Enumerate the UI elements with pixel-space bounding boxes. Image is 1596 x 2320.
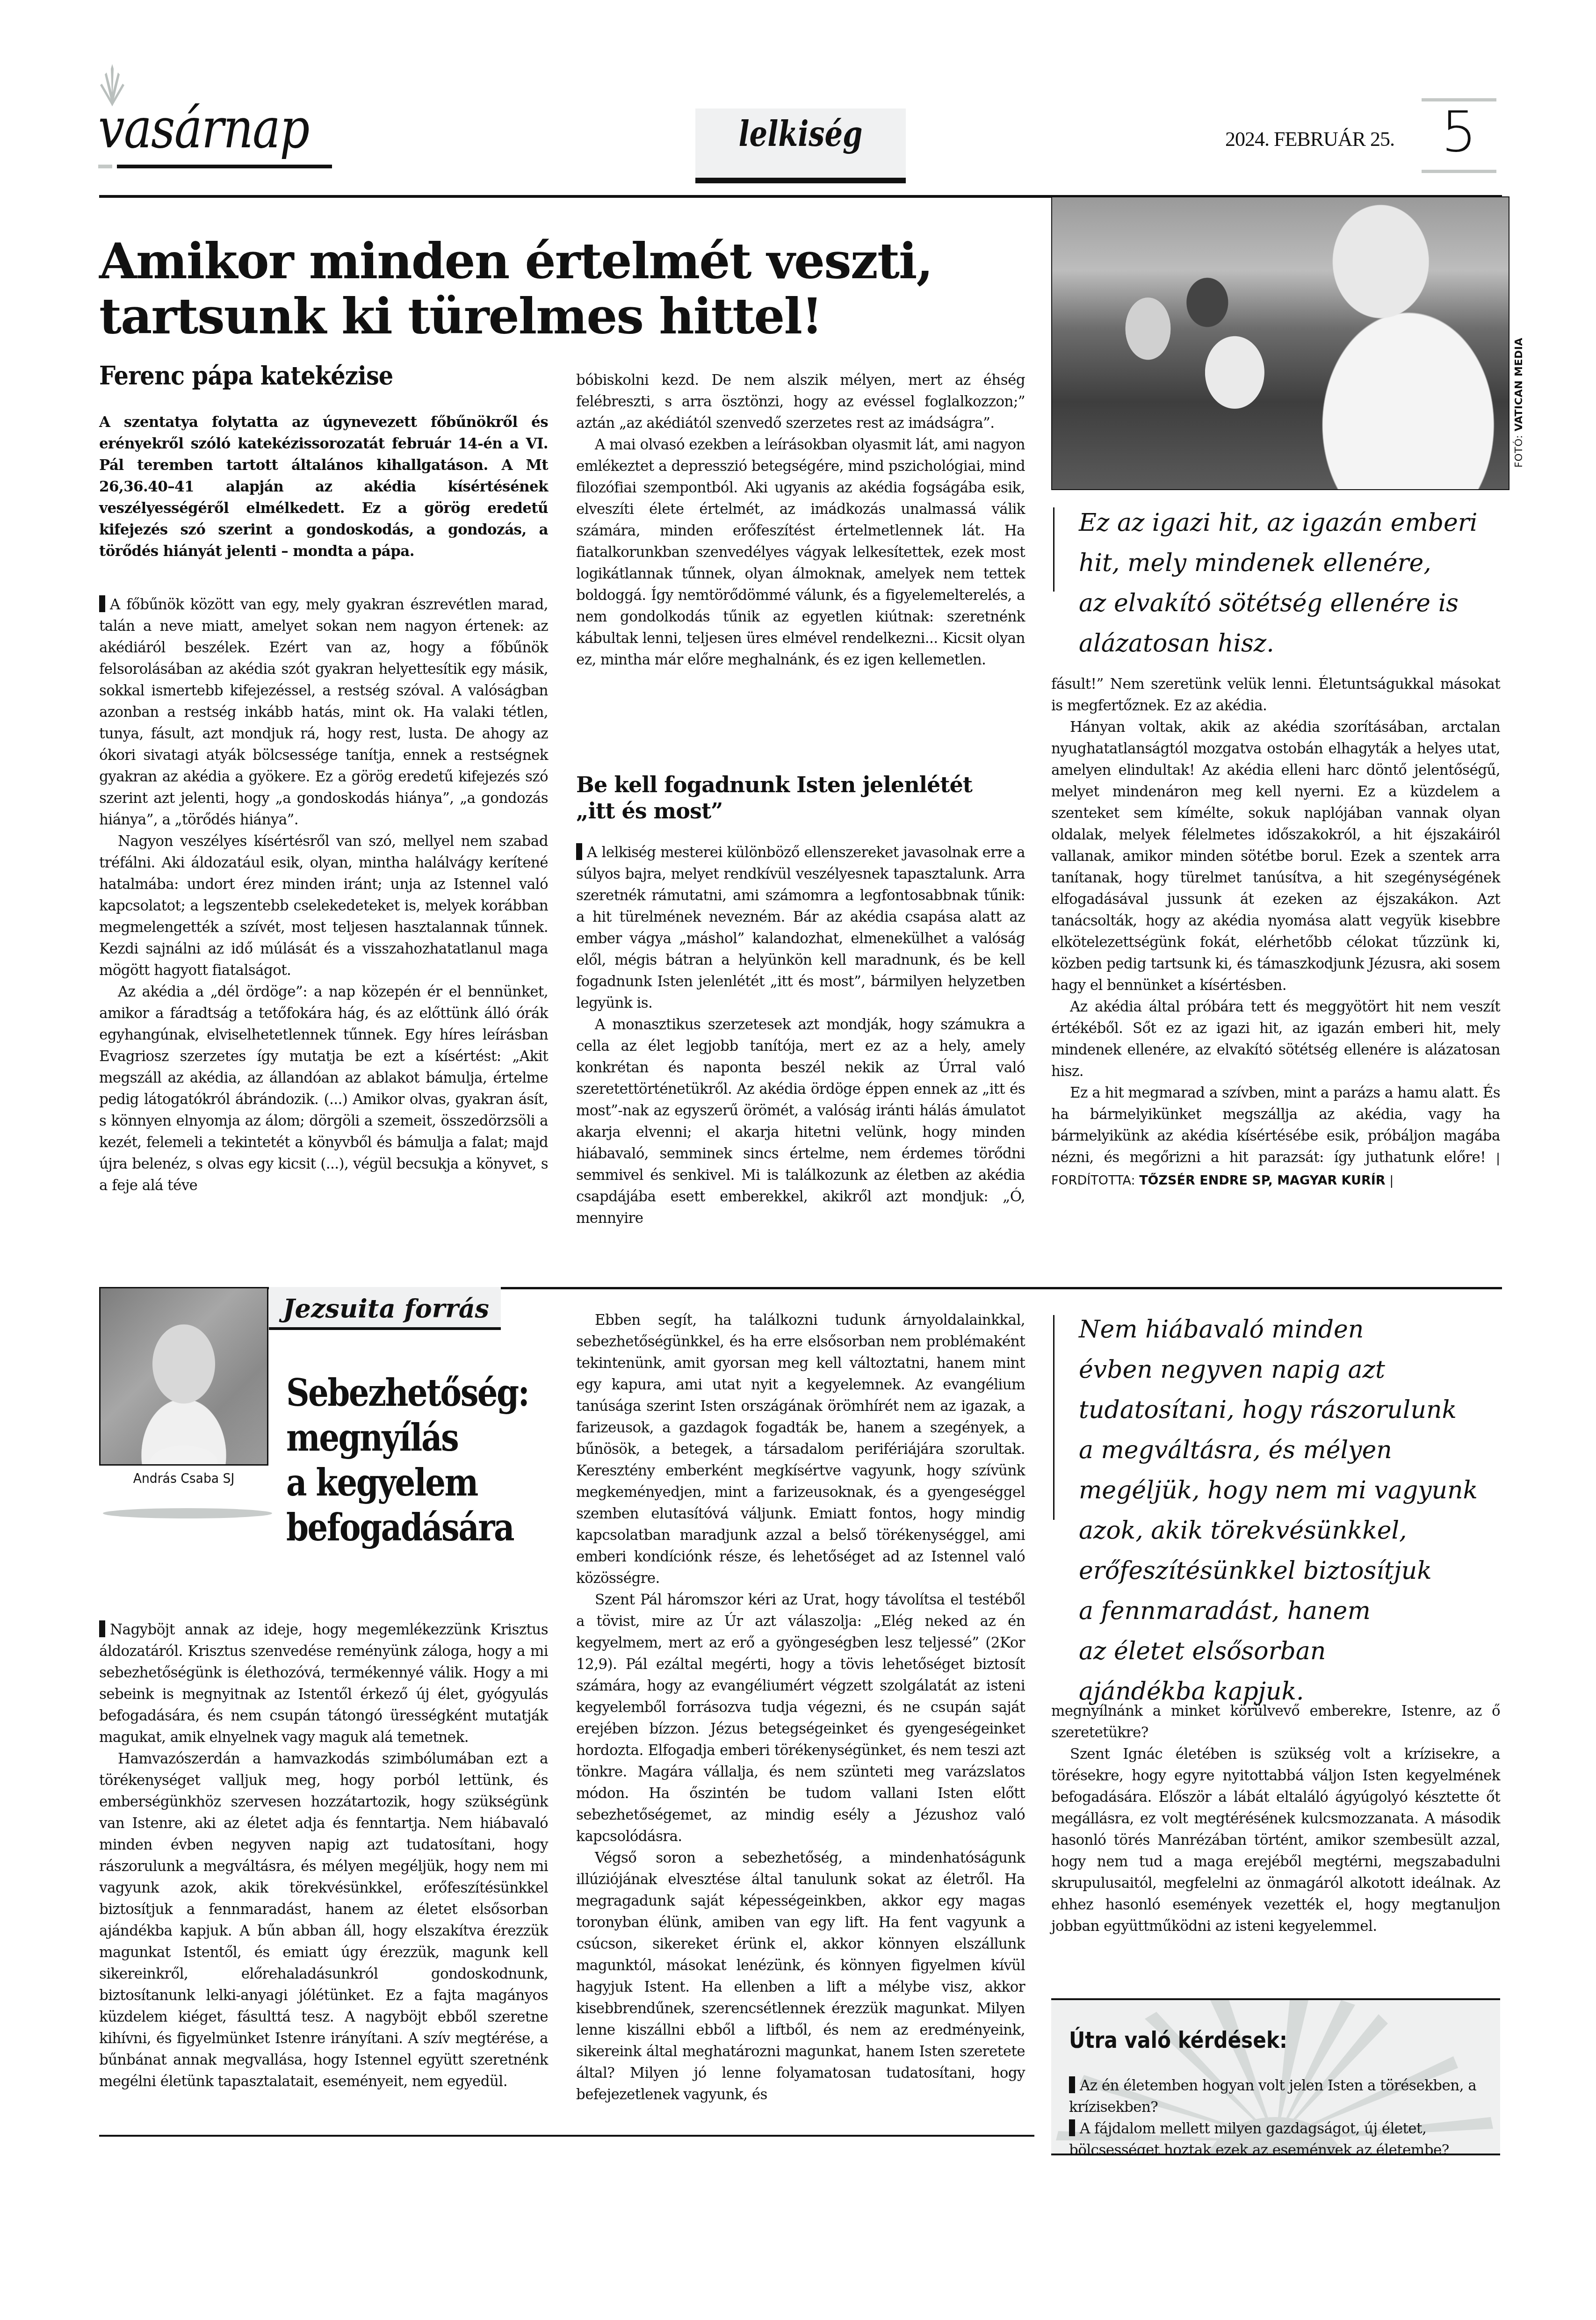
- article-column-1: A főbűnök között van egy, mely gyakran é…: [99, 594, 548, 1196]
- page-number-box: 5: [1422, 98, 1496, 173]
- questions-title: Útra való kérdések:: [1069, 2027, 1287, 2053]
- paragraph: Ez a hit megmarad a szívben, mint a pará…: [1051, 1082, 1500, 1192]
- headline-line-1: Amikor minden értelmét veszti,: [99, 232, 932, 290]
- paragraph: Szent Ignác életében is szükség volt a k…: [1051, 1743, 1500, 1937]
- paragraph: Az akédia által próbára tett és meggyötö…: [1051, 996, 1500, 1082]
- logo-rule: [117, 165, 332, 168]
- pope-photo: [1051, 196, 1509, 490]
- issue-date: 2024. FEBRUÁR 25.: [1225, 127, 1394, 151]
- article2-column-2: Ebben segít, ha találkozni tudunk árnyol…: [576, 1309, 1025, 2105]
- logo-rule-stub: [98, 165, 112, 168]
- paragraph-marker: [99, 595, 105, 612]
- article-column-2b: A lelkiség mesterei különböző ellenszere…: [576, 842, 1025, 1229]
- paragraph: A főbűnök között van egy, mely gyakran é…: [99, 594, 548, 831]
- section-label: lelkiség: [715, 114, 887, 154]
- questions-box: Útra való kérdések: Az én életemben hogy…: [1051, 1998, 1500, 2155]
- logo-text: vasárnap: [98, 101, 309, 156]
- author-photo: [99, 1287, 268, 1466]
- article-subhead: Ferenc pápa katekézise: [99, 360, 393, 390]
- pull-quote: Ez az igazi hit, az igazán emberi hit, m…: [1053, 507, 1502, 592]
- paragraph: Nagyon veszélyes kísértésről van szó, me…: [99, 831, 548, 981]
- paragraph: A lelkiség mesterei különböző ellenszere…: [576, 842, 1025, 1014]
- questions-list: Az én életemben hogyan volt jelen Isten …: [1069, 2075, 1490, 2155]
- section-label-rule: [695, 178, 906, 183]
- column-label-box: Jezsuita forrás: [269, 1287, 501, 1330]
- column-label: Jezsuita forrás: [283, 1294, 489, 1323]
- paragraph-marker: [99, 1620, 105, 1637]
- article-headline: Amikor minden értelmét veszti, tartsunk …: [99, 234, 1034, 344]
- page-number: 5: [1422, 100, 1496, 165]
- article2-column-3: megnyílnánk a minket körülvevő emberekre…: [1051, 1700, 1500, 1937]
- paragraph: A mai olvasó ezekben a leírásokban olyas…: [576, 434, 1025, 671]
- section-label-box: lelkiség: [695, 108, 906, 183]
- paragraph: Végső soron a sebezhetőség, a mindenható…: [576, 1847, 1025, 2105]
- article-column-2: bóbiskolni kezd. De nem alszik mélyen, m…: [576, 369, 1025, 671]
- author-shadow: [103, 1508, 272, 1518]
- question-marker: [1069, 2076, 1075, 2093]
- paragraph: A monasztikus szerzetesek azt mondják, h…: [576, 1014, 1025, 1229]
- paragraph: bóbiskolni kezd. De nem alszik mélyen, m…: [576, 369, 1025, 434]
- paragraph: fásult!” Nem szeretünk velük lenni. Élet…: [1051, 673, 1500, 716]
- author-name: András Csaba SJ: [103, 1471, 264, 1486]
- photo-credit: FOTÓ: VATICAN MEDIA: [1513, 338, 1525, 468]
- bottom-divider: [99, 2135, 1034, 2137]
- page-number-bottom-bar: [1422, 170, 1496, 173]
- article-intertitle: Be kell fogadnunk Isten jelenlétét „itt …: [576, 772, 1025, 824]
- article2-headline: Sebezhetőség: megnyílás a kegyelem befog…: [286, 1370, 535, 1550]
- newspaper-logo: vasárnap: [98, 101, 341, 166]
- article-column-3: fásult!” Nem szeretünk velük lenni. Élet…: [1051, 673, 1500, 1192]
- paragraph: Hamvazószerdán a hamvazkodás szimbólumáb…: [99, 1748, 548, 2092]
- pull-quote-2: Nem hiábavaló minden évben negyven napig…: [1053, 1315, 1502, 1520]
- headline-line-2: tartsunk ki türelmes hittel!: [99, 288, 822, 345]
- paragraph: Hányan voltak, akik az akédia szorításáb…: [1051, 716, 1500, 996]
- paragraph: Nagyböjt annak az ideje, hogy megemlékez…: [99, 1619, 548, 1748]
- question-item: A fájdalom mellett milyen gazdagságot, ú…: [1069, 2118, 1490, 2155]
- article2-column-1: Nagyböjt annak az ideje, hogy megemlékez…: [99, 1619, 548, 2092]
- paragraph: Ebben segít, ha találkozni tudunk árnyol…: [576, 1309, 1025, 1589]
- paragraph: Az akédia a „dél ördöge”: a nap közepén …: [99, 981, 548, 1196]
- paragraph: megnyílnánk a minket körülvevő emberekre…: [1051, 1700, 1500, 1743]
- paragraph-marker: [576, 843, 582, 860]
- question-marker: [1069, 2119, 1075, 2136]
- question-item: Az én életemben hogyan volt jelen Isten …: [1069, 2075, 1490, 2118]
- paragraph: Szent Pál háromszor kéri az Urat, hogy t…: [576, 1589, 1025, 1847]
- article-lead: A szentatya folytatta az úgynevezett főb…: [99, 412, 548, 562]
